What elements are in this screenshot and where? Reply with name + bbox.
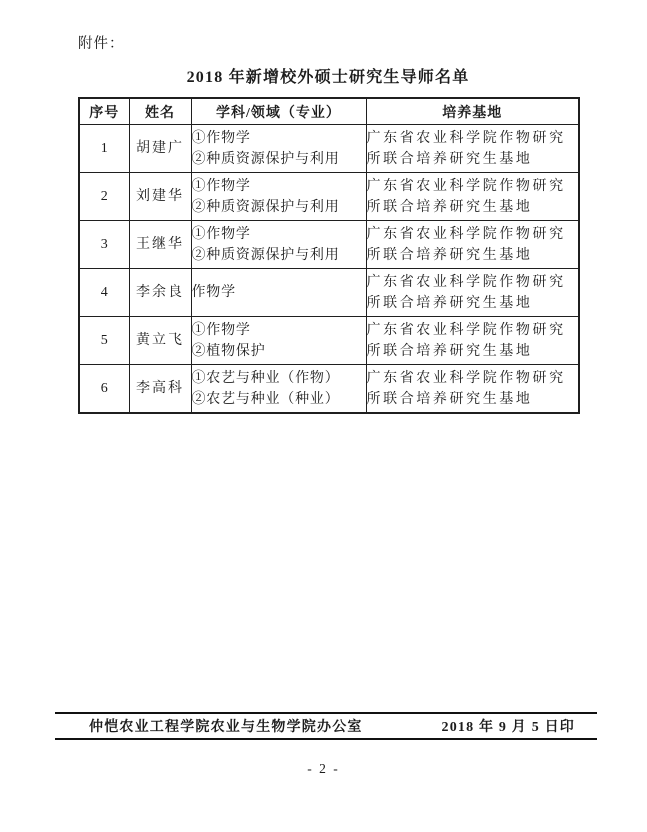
table-row: 6 李高科 ①农艺与种业（作物） ②农艺与种业（种业） 广东省农业科学院作物研究… [79, 365, 579, 414]
table-row: 1 胡建广 ①作物学 ②种质资源保护与利用 广东省农业科学院作物研究 所联合培养… [79, 125, 579, 173]
table-row: 4 李余良 作物学 广东省农业科学院作物研究 所联合培养研究生基地 [79, 269, 579, 317]
cell-base: 广东省农业科学院作物研究 所联合培养研究生基地 [366, 173, 579, 221]
page-number: - 2 - [0, 761, 647, 777]
cell-field: ①作物学 ②种质资源保护与利用 [191, 221, 366, 269]
cell-no: 2 [79, 173, 129, 221]
table-row: 2 刘建华 ①作物学 ②种质资源保护与利用 广东省农业科学院作物研究 所联合培养… [79, 173, 579, 221]
table-header-row: 序号 姓名 学科/领域（专业） 培养基地 [79, 98, 579, 125]
attachment-label: 附件： [78, 32, 125, 53]
supervisor-roster-table: 序号 姓名 学科/领域（专业） 培养基地 1 胡建广 ①作物学 ②种质资源保护与… [78, 97, 580, 414]
cell-base: 广东省农业科学院作物研究 所联合培养研究生基地 [366, 365, 579, 414]
cell-no: 6 [79, 365, 129, 414]
cell-field: ①作物学 ②种质资源保护与利用 [191, 173, 366, 221]
footer-imprint-bar: 仲恺农业工程学院农业与生物学院办公室 2018 年 9 月 5 日印 [55, 712, 597, 740]
header-cell-no: 序号 [79, 98, 129, 125]
cell-name: 李高科 [129, 365, 191, 414]
cell-field: ①农艺与种业（作物） ②农艺与种业（种业） [191, 365, 366, 414]
cell-field: ①作物学 ②植物保护 [191, 317, 366, 365]
cell-base: 广东省农业科学院作物研究 所联合培养研究生基地 [366, 317, 579, 365]
cell-no: 4 [79, 269, 129, 317]
table-row: 5 黄立飞 ①作物学 ②植物保护 广东省农业科学院作物研究 所联合培养研究生基地 [79, 317, 579, 365]
cell-base: 广东省农业科学院作物研究 所联合培养研究生基地 [366, 125, 579, 173]
cell-no: 5 [79, 317, 129, 365]
cell-no: 3 [79, 221, 129, 269]
cell-field: ①作物学 ②种质资源保护与利用 [191, 125, 366, 173]
header-cell-base: 培养基地 [366, 98, 579, 125]
cell-no: 1 [79, 125, 129, 173]
document-page: 附件： 2018 年新增校外硕士研究生导师名单 序号 姓名 学科/领域（专业） … [0, 0, 647, 832]
footer-office-name: 仲恺农业工程学院农业与生物学院办公室 [89, 716, 363, 736]
footer-print-date: 2018 年 9 月 5 日印 [442, 716, 576, 736]
cell-name: 刘建华 [129, 173, 191, 221]
cell-field: 作物学 [191, 269, 366, 317]
cell-name: 胡建广 [129, 125, 191, 173]
cell-name: 李余良 [129, 269, 191, 317]
cell-name: 王继华 [129, 221, 191, 269]
header-cell-name: 姓名 [129, 98, 191, 125]
cell-base: 广东省农业科学院作物研究 所联合培养研究生基地 [366, 221, 579, 269]
cell-base: 广东省农业科学院作物研究 所联合培养研究生基地 [366, 269, 579, 317]
header-cell-field: 学科/领域（专业） [191, 98, 366, 125]
cell-name: 黄立飞 [129, 317, 191, 365]
table-row: 3 王继华 ①作物学 ②种质资源保护与利用 广东省农业科学院作物研究 所联合培养… [79, 221, 579, 269]
page-title: 2018 年新增校外硕士研究生导师名单 [78, 64, 578, 87]
